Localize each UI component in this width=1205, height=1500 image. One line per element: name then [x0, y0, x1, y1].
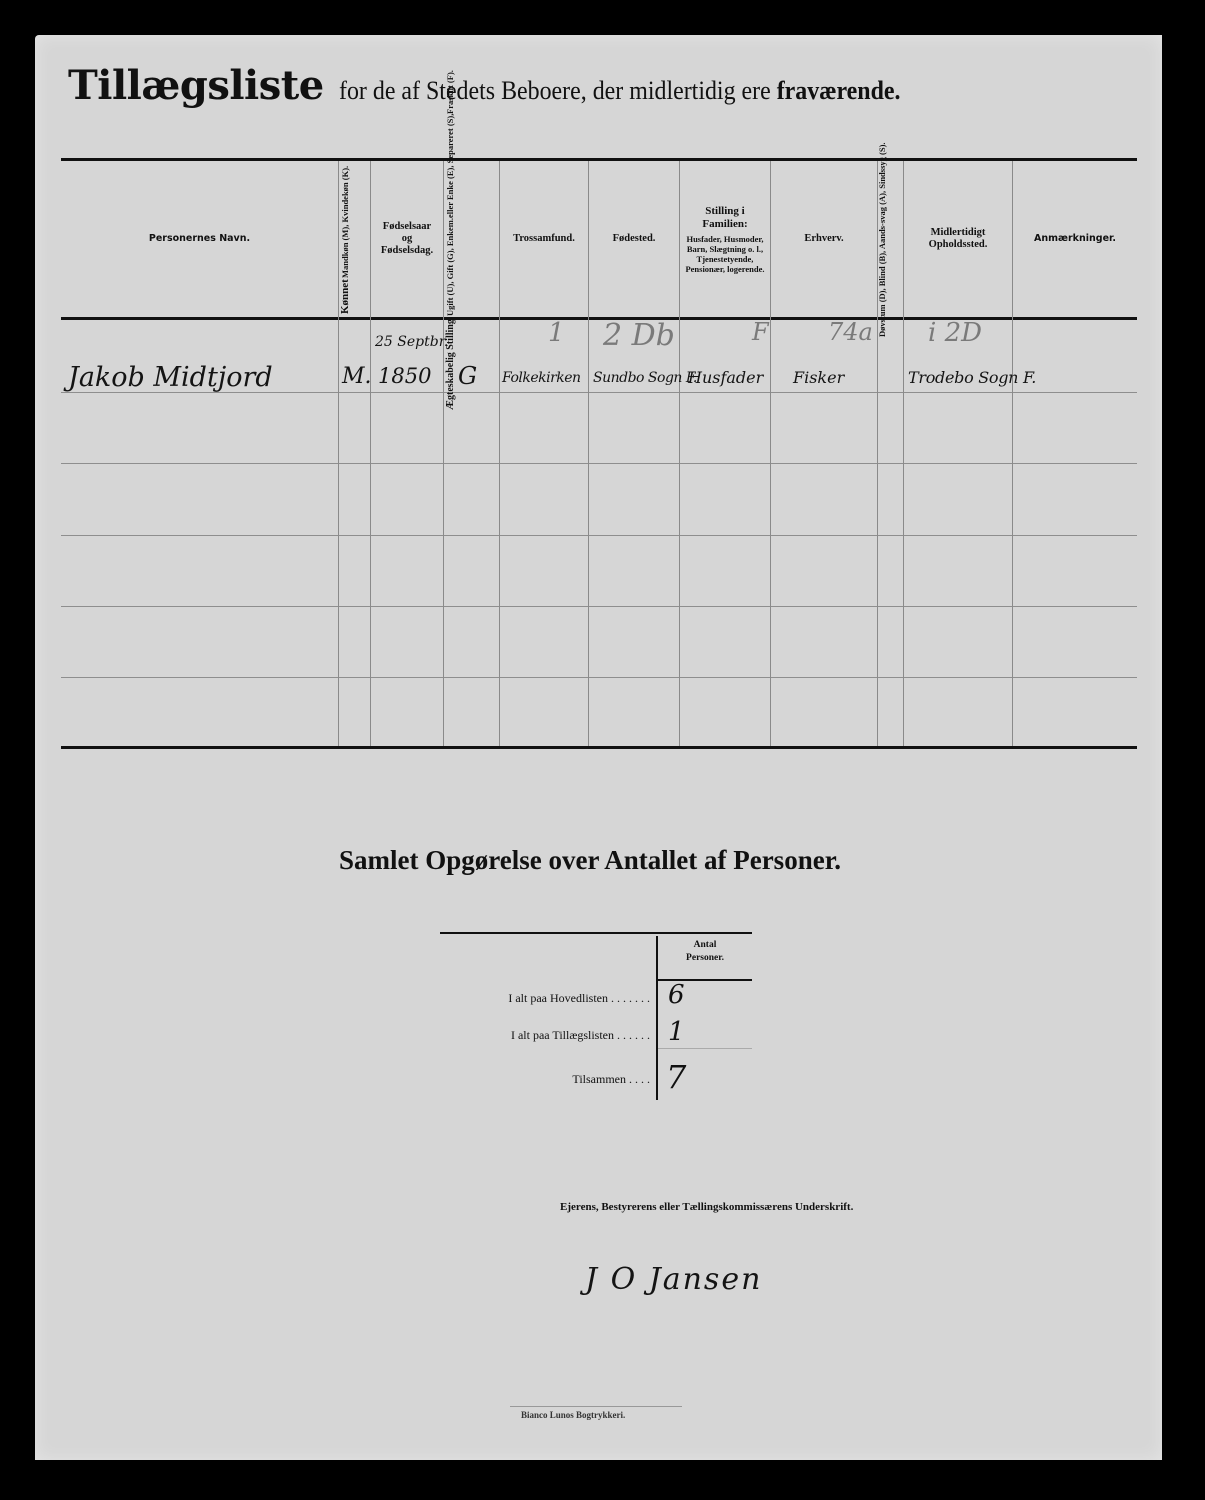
header-marital-status: Ægteskabelig Stilling. Ugift (U), Gift (… [446, 164, 496, 316]
signature-caption: Ejerens, Bestyrerens eller Tællingskommi… [560, 1201, 853, 1213]
signature: J O Jansen [585, 1262, 762, 1297]
column-divider [338, 161, 339, 746]
title-main: Tillægsliste [68, 62, 324, 109]
row-divider [61, 606, 1137, 607]
title-emphasis: fraværende. [776, 76, 900, 105]
summary-value: 1 [668, 1017, 685, 1047]
religion: Folkekirken [502, 370, 581, 386]
summary-top-rule [440, 932, 752, 934]
printer-rule [510, 1406, 682, 1407]
header-occupation: Erhverv. [771, 161, 877, 317]
temp-residence: Trodebo Sogn F. [908, 368, 1036, 387]
birthplace: Sundbo Sogn F. [593, 370, 697, 386]
printer-name: Bianco Lunos Bogtrykkeri. [521, 1410, 625, 1420]
header-birth-date: Fødselsaar og Fødselsdag. [371, 161, 443, 317]
column-divider [443, 161, 444, 746]
header-name: Personernes Navn. [61, 161, 338, 317]
summary-label: I alt paa Tillægslisten . . . . . . [400, 1028, 650, 1043]
occupation: Fisker [793, 368, 844, 387]
birth-year: 1850 [378, 364, 431, 388]
summary-label: Tilsammen . . . . [400, 1072, 650, 1087]
summary-value: 7 [666, 1058, 686, 1096]
table-bottom-rule [61, 746, 1137, 749]
header-temp-residence: Midlertidigt Opholdssted. [904, 161, 1012, 317]
title-subtitle: for de af Stedets Beboere, der midlertid… [339, 76, 900, 106]
pencil-mark-religion: 1 [548, 318, 565, 348]
summary-value: 6 [668, 980, 685, 1010]
summary-col-header: Antal Personer. [658, 939, 752, 965]
summary-label: I alt paa Hovedlisten . . . . . . . [400, 991, 650, 1006]
summary-total-rule [658, 1048, 752, 1049]
summary-title: Samlet Opgørelse over Antallet af Person… [270, 845, 910, 876]
person-sex: M. [342, 364, 372, 389]
header-disability: Døvstum (D), Blind (B), Aands- svag (A),… [878, 164, 903, 316]
family-position: Husfader [688, 368, 763, 387]
header-family-position: Stilling i Familien: Husfader, Husmoder,… [682, 161, 768, 317]
header-sex: Kønnet Mandkøn (M), Kvindekøn (K). [341, 166, 367, 314]
pencil-mark-residence: i 2D [928, 318, 982, 348]
header-birthplace: Fødested. [589, 161, 679, 317]
row-divider [61, 677, 1137, 678]
pencil-mark-occupation: 74a [828, 318, 873, 346]
pencil-mark-birthplace: 2 Db [603, 318, 675, 353]
column-divider [679, 161, 680, 746]
person-name: Jakob Midtjord [68, 362, 273, 393]
row-divider [61, 535, 1137, 536]
pencil-mark-family: F [752, 318, 769, 346]
form-title: Tillægsliste for de af Stedets Beboere, … [68, 62, 1118, 122]
row-divider [61, 463, 1137, 464]
marital-status: G [458, 362, 477, 390]
header-remarks: Anmærkninger. [1013, 161, 1137, 317]
birth-day: 25 Septbr. [375, 334, 448, 350]
header-religion: Trossamfund. [500, 161, 588, 317]
